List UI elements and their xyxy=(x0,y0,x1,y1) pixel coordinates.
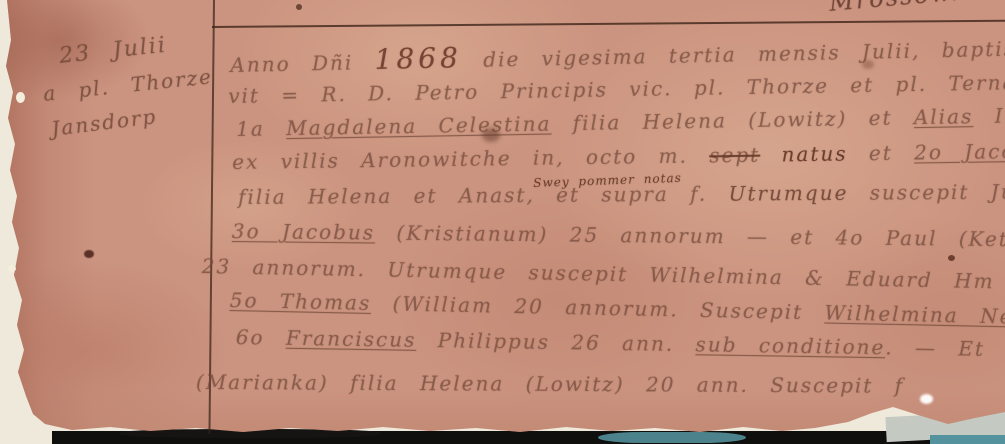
record-year: 1868 xyxy=(374,41,462,76)
record-line-8-name-underlined: 5o Thomas xyxy=(229,288,371,315)
record-line-8-godparent-underlined: Wilhelmina Neep xyxy=(824,300,1005,329)
paper-tear-fleck xyxy=(16,92,25,103)
record-line-9-condition-underlined: sub conditione xyxy=(695,332,885,359)
faint-smudge xyxy=(862,60,874,69)
record-line-9-text: 6o xyxy=(236,325,286,350)
record-line-5-text: filia Helena et Anast, et supra f. xyxy=(238,182,729,209)
record-line-9-name-underlined: Franciscus xyxy=(286,326,417,352)
paper-hole xyxy=(84,250,94,258)
record-line-5-emphasis: Utrumque xyxy=(728,181,848,206)
record-line-3-name-underlined: Magdalena Celestina xyxy=(286,111,552,140)
record-line-3-text: 1a xyxy=(236,116,286,141)
record-line-10-text: (Marianka) filia Helena (Lowitz) 20 ann.… xyxy=(196,370,904,398)
paper-edge-speck xyxy=(296,4,302,10)
record-line-5-end: suscepit Julia Co xyxy=(848,179,1005,205)
record-line-1-text: Anno Dñi xyxy=(230,50,375,77)
record-line-9-cont: Philippus 26 ann. xyxy=(416,328,696,356)
paper-stain-speck xyxy=(948,255,955,261)
record-line-6-name-underlined: 3o Jacobus xyxy=(232,219,376,244)
scan-artifact-teal-left xyxy=(598,432,746,443)
record-line-10: (Marianka) filia Helena (Lowitz) 20 ann.… xyxy=(196,370,904,398)
record-line-4-strikethrough: sept xyxy=(709,143,760,168)
scan-glare-spot xyxy=(920,394,933,404)
ink-smudge xyxy=(482,128,500,142)
scanned-register-page: Mrossow. oli 23 Julii a pl. Thorze Jansd… xyxy=(0,0,1005,444)
record-line-3-alias-underlined: Alias xyxy=(914,104,974,129)
record-line-9-end: . — Et 7o ba xyxy=(885,335,1005,362)
record-line-3-end: Indum xyxy=(973,102,1005,128)
record-line-4-correction: natus xyxy=(760,141,869,167)
record-line-4-name-underlined: 2o Jacoba xyxy=(914,139,1005,165)
scan-artifact-teal-right xyxy=(930,435,1005,444)
record-line-4-cont: et xyxy=(869,140,915,165)
paper-tear-fleck-2 xyxy=(8,265,16,272)
